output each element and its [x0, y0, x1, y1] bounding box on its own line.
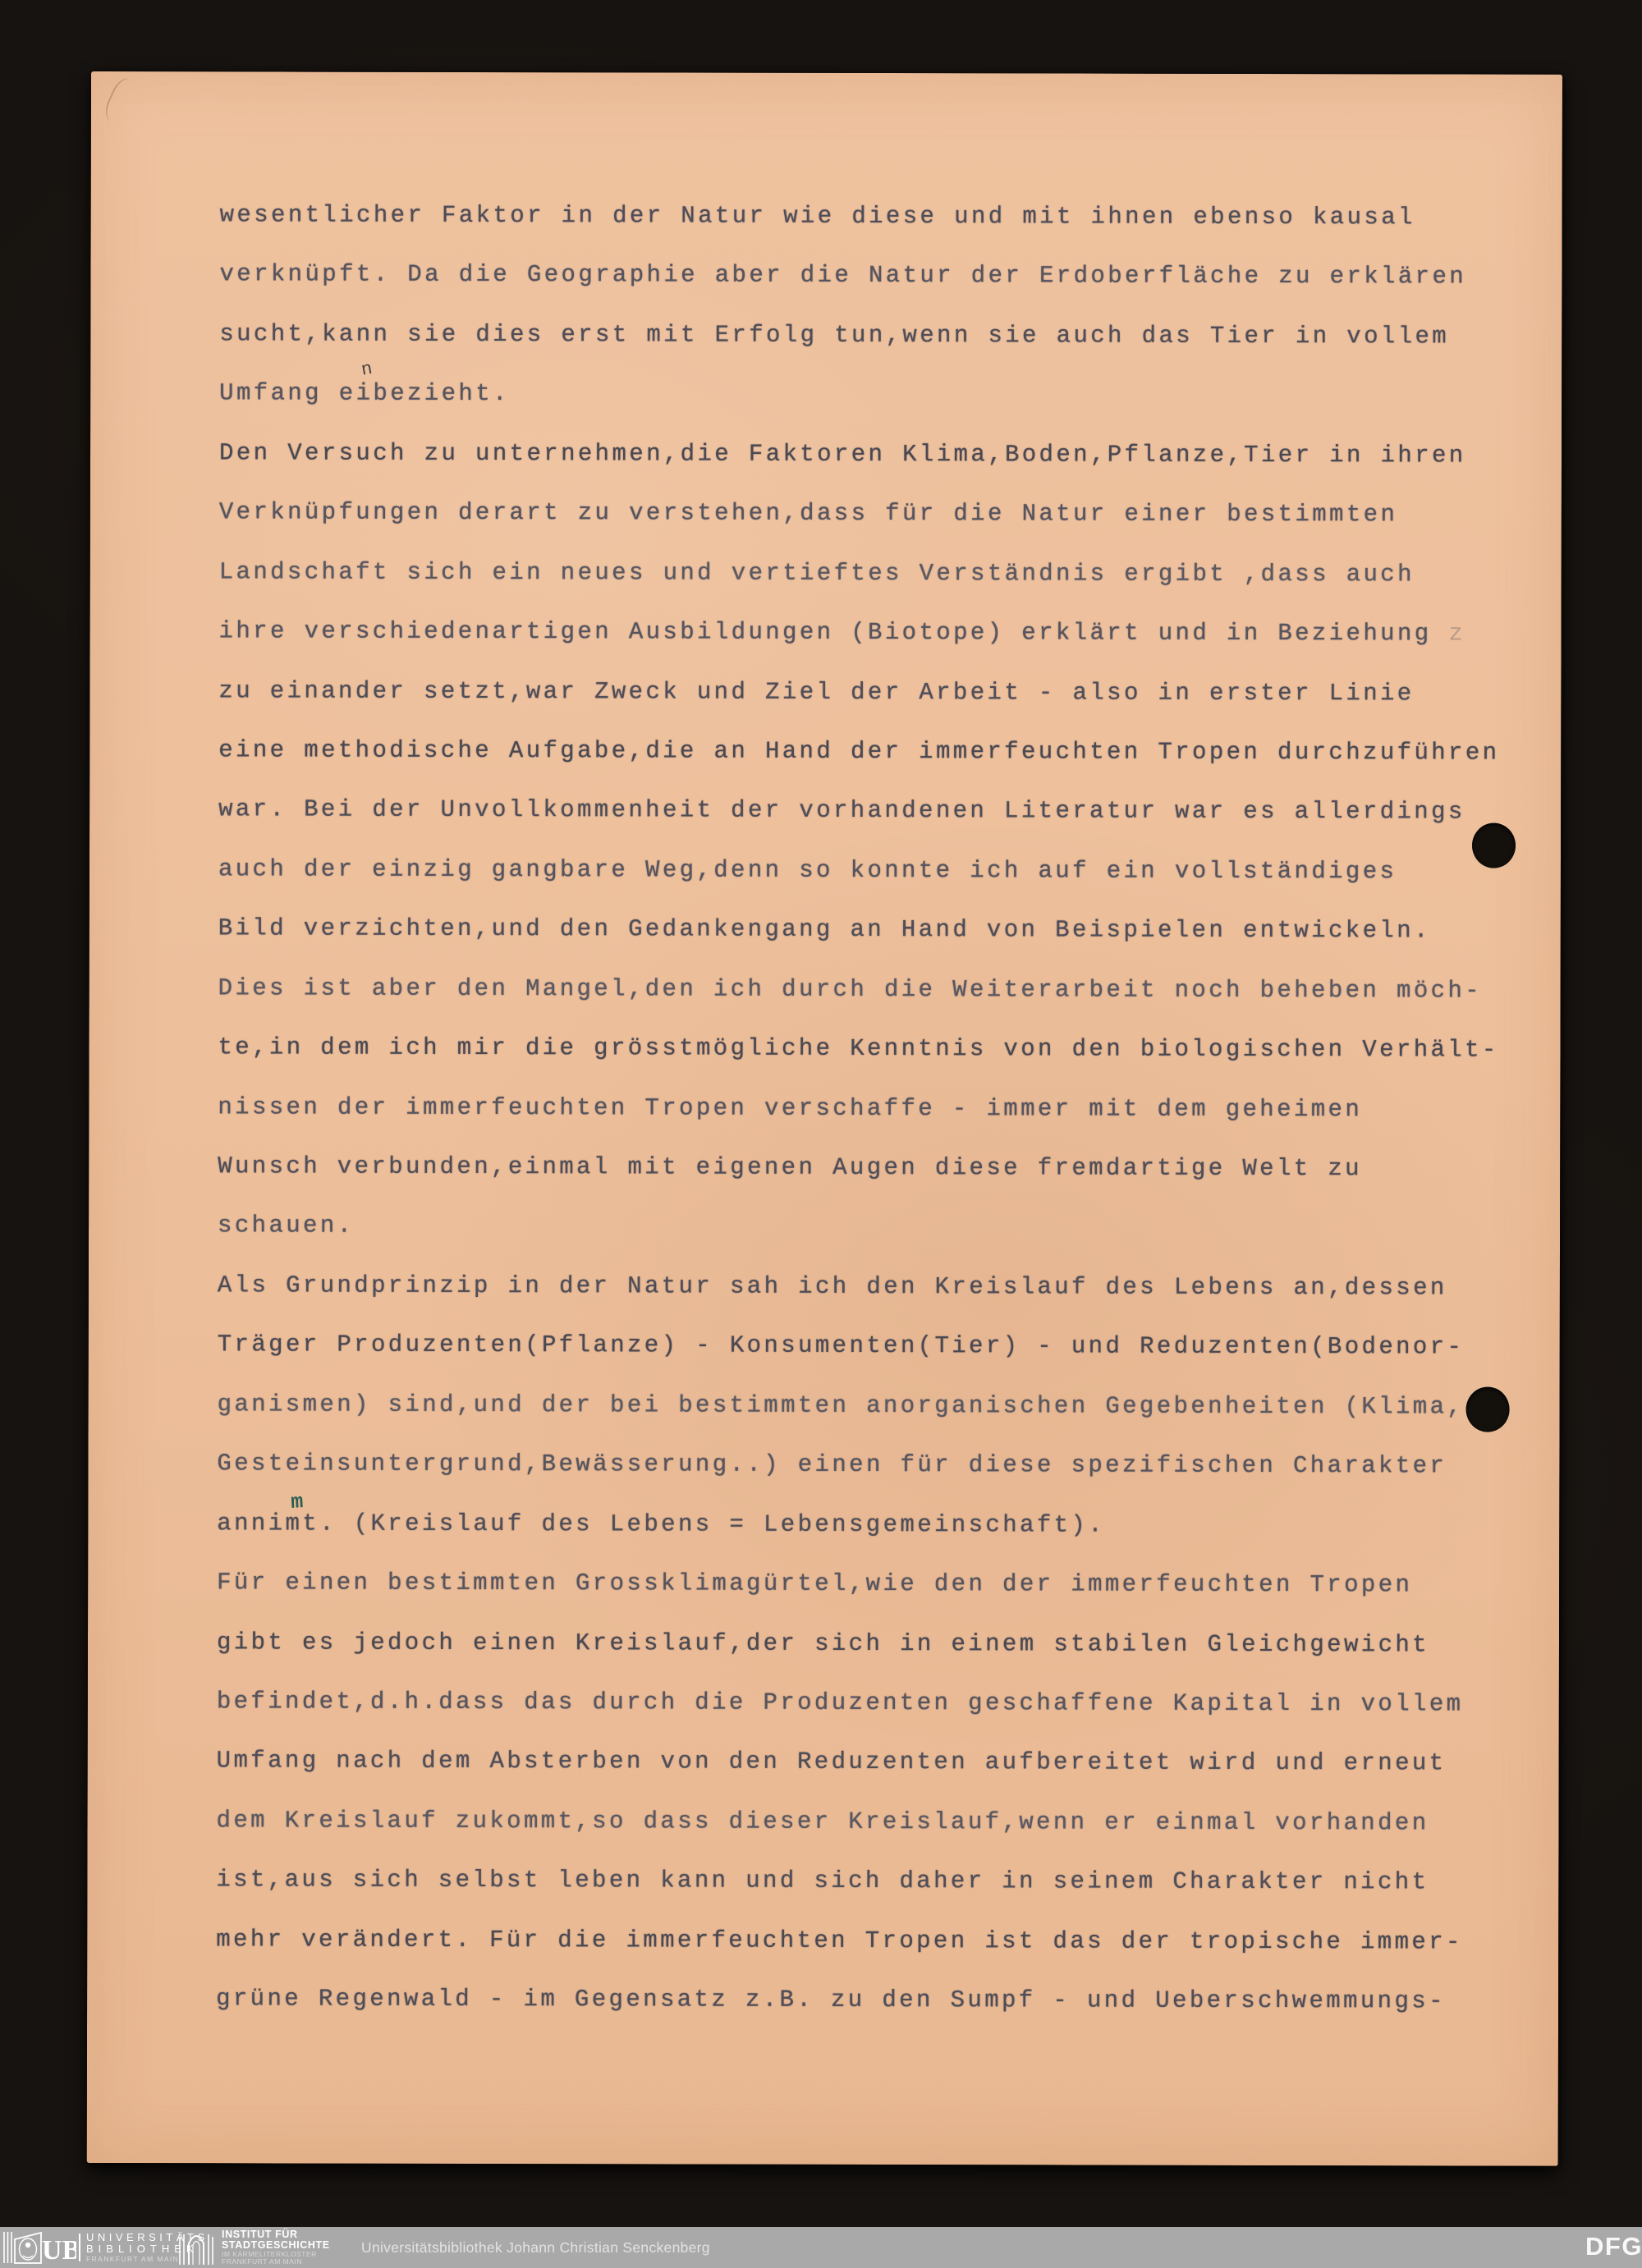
typed-line: wesentlicher Faktor in der Natur wie die…: [220, 186, 1558, 248]
library-credit: Universitätsbibliothek Johann Christian …: [361, 2227, 710, 2268]
typed-line: gibt es jedoch einen Kreislauf,der sich …: [217, 1613, 1555, 1675]
typed-line: Gesteinsuntergrund,Bewässerung..) einen …: [217, 1435, 1555, 1497]
dfg-logo: DFG: [1585, 2227, 1642, 2268]
typed-line: grüne Regenwald - im Gegensatz z.B. zu d…: [216, 1969, 1554, 2032]
typed-line: Dies ist aber den Mangel,den ich durch d…: [218, 959, 1557, 1021]
typed-line: Landschaft sich ein neues und vertieftes…: [219, 543, 1557, 605]
typed-line: Verknüpfungen derart zu verstehen,dass f…: [219, 483, 1557, 546]
typed-line: sucht,kann sie dies erst mit Erfolg tun,…: [219, 305, 1557, 367]
library-watermark-bar: UB UNIVERSITÄTS BIBLIOTHEK FRANKFURT AM …: [0, 2227, 1642, 2268]
ub-abbr: UB: [42, 2235, 76, 2264]
typed-line: ihre verschiedenartigen Ausbildungen (Bi…: [218, 602, 1557, 664]
institut-line1: INSTITUT FÜR: [222, 2229, 330, 2240]
typed-line: ist,aus sich selbst leben kann und sich …: [216, 1851, 1554, 1913]
logo-divider: [79, 2234, 80, 2261]
handwritten-insertion-m: m: [291, 1490, 304, 1514]
institut-stadtgeschichte-logo: INSTITUT FÜR STADTGESCHICHTE IM KARMELIT…: [177, 2230, 330, 2265]
institut-line2: STADTGESCHICHTE: [222, 2240, 330, 2251]
typed-line: war. Bei der Unvollkommenheit der vorhan…: [218, 781, 1557, 843]
typed-line: befindet,d.h.dass das durch die Produzen…: [217, 1672, 1555, 1734]
institut-line4: FRANKFURT AM MAIN: [222, 2258, 330, 2266]
institut-logo-text: INSTITUT FÜR STADTGESCHICHTE IM KARMELIT…: [222, 2229, 330, 2266]
typed-line: Bild verzichten,und den Gedankengang an …: [218, 900, 1557, 962]
paper-crease: [101, 74, 148, 130]
scan-viewer-background: wesentlicher Faktor in der Natur wie die…: [0, 0, 1642, 2268]
faint-typed-z: z: [1448, 604, 1465, 663]
typed-line: te,in dem ich mir die grösstmögliche Ken…: [218, 1018, 1556, 1080]
typed-line: verknüpft. Da die Geographie aber die Na…: [219, 245, 1557, 308]
punch-hole-bottom: [1466, 1387, 1510, 1432]
typed-line: Für einen bestimmten Grossklimagürtel,wi…: [217, 1553, 1555, 1615]
typed-line: Den Versuch zu unternehmen,die Faktoren …: [219, 424, 1557, 486]
scanned-page: wesentlicher Faktor in der Natur wie die…: [87, 71, 1562, 2166]
ub-library-icon: UB: [2, 2231, 76, 2264]
typed-line: auch der einzig gangbare Weg,denn so kon…: [218, 840, 1557, 902]
typed-line: Als Grundprinzip in der Natur sah ich de…: [218, 1256, 1556, 1318]
typed-line: Wunsch verbunden,einmal mit eigenen Auge…: [218, 1137, 1556, 1199]
typed-line: zu einander setzt,war Zweck und Ziel der…: [218, 662, 1557, 724]
typed-line: dem Kreislauf zukommt,so dass dieser Kre…: [216, 1791, 1554, 1853]
typed-line: mehr verändert. Für die immerfeuchten Tr…: [216, 1910, 1554, 1972]
typed-line: ganismen) sind,und der bei bestimmten an…: [218, 1375, 1556, 1437]
typed-line: nissen der immerfeuchten Tropen verschaf…: [218, 1078, 1556, 1140]
typed-line: Umfang eibezieht.: [219, 364, 1557, 427]
punch-hole-top: [1472, 823, 1516, 868]
typed-line: Umfang nach dem Absterben von den Reduze…: [217, 1732, 1555, 1794]
typed-line: annimt. (Kreislauf des Lebens = Lebensge…: [217, 1494, 1555, 1556]
gothic-arch-icon: [177, 2230, 215, 2265]
typed-line: eine methodische Aufgabe,die an Hand der…: [218, 721, 1557, 783]
typed-line: Träger Produzenten(Pflanze) - Konsumente…: [218, 1316, 1556, 1378]
typed-text-block: wesentlicher Faktor in der Natur wie die…: [216, 186, 1558, 2032]
typed-line: schauen.: [218, 1197, 1556, 1259]
